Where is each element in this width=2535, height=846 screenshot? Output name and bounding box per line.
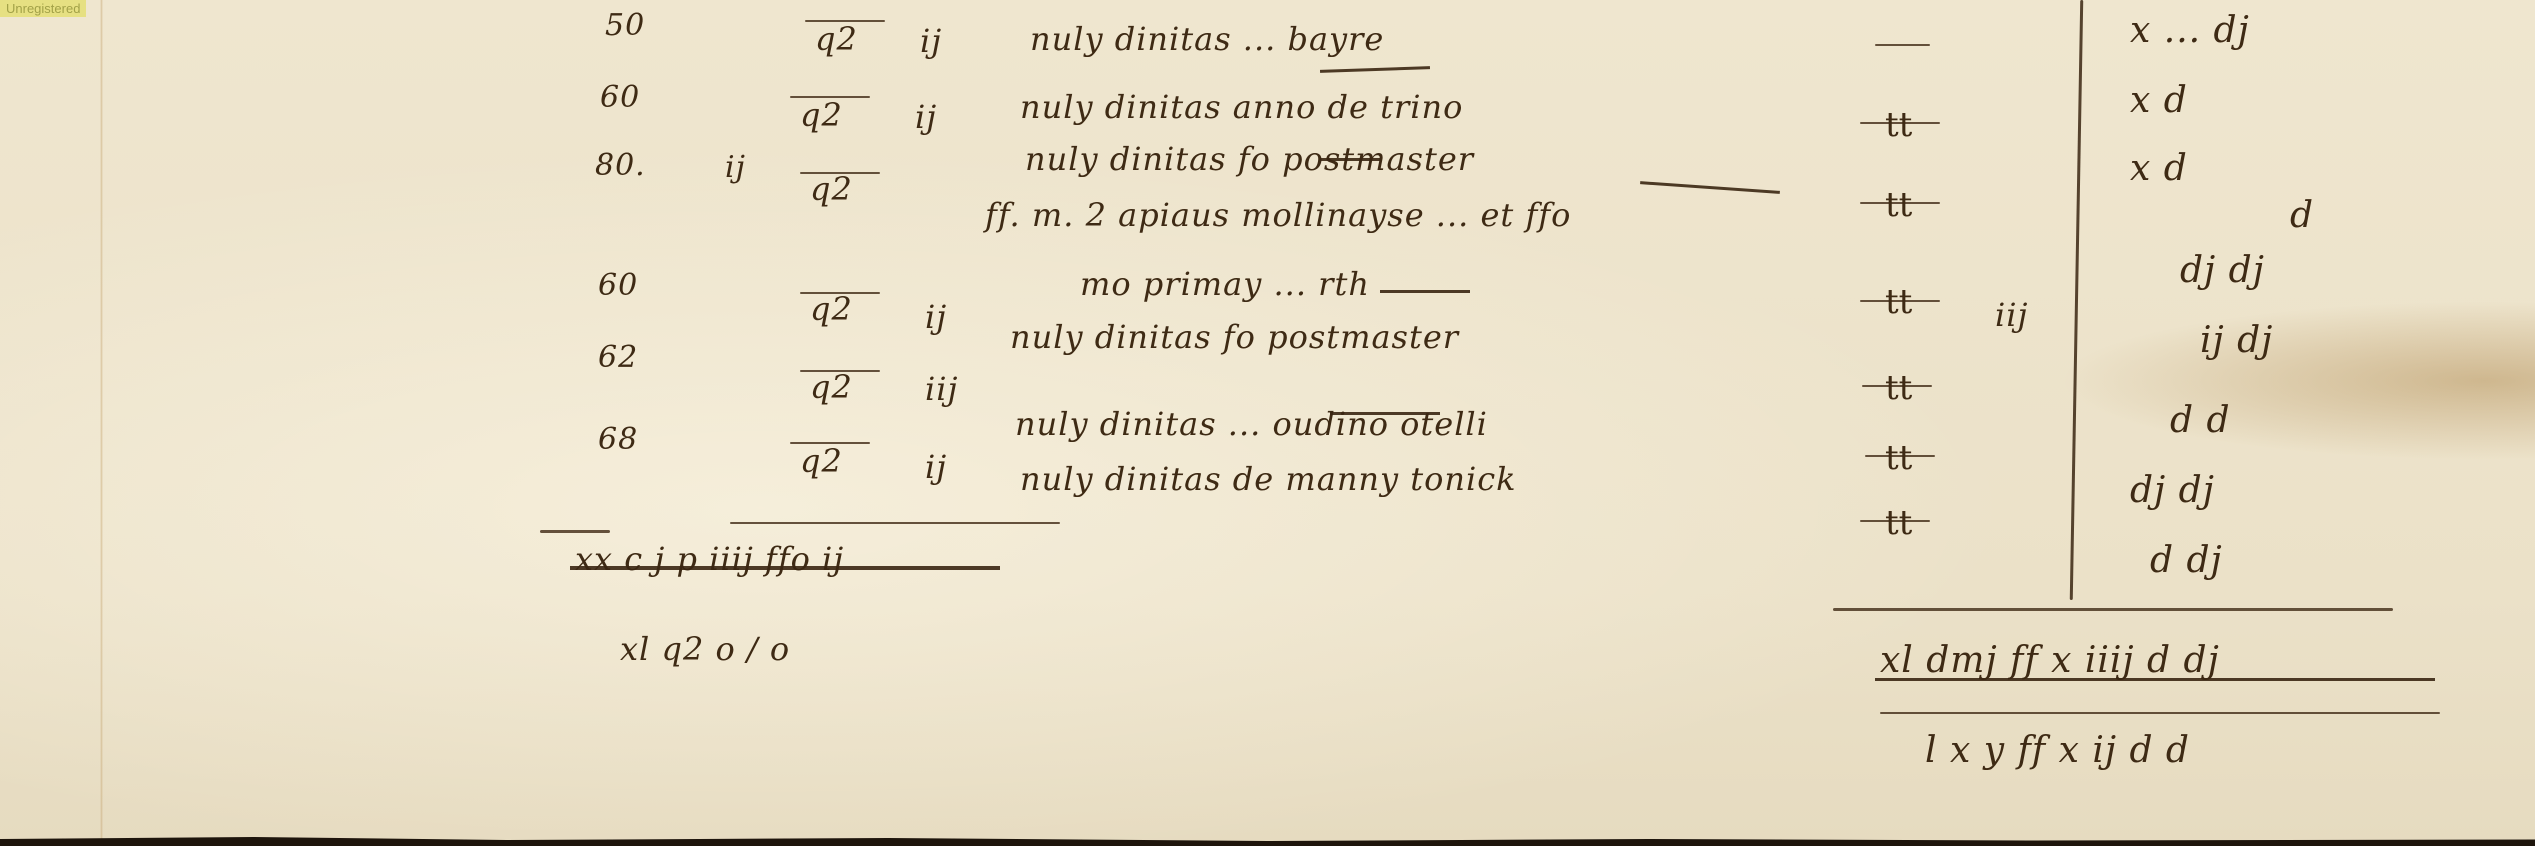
entry-amount: x d [2130,148,2188,189]
entry-text: nuly dinitas ... oudino otelli [1015,405,1488,443]
entry-mark: tt [1885,503,1912,543]
entry-count: ij [915,98,937,136]
entry-text: ff. m. 2 apiaus mollinayse ... et ffo [985,196,1571,234]
entry-qty: q2 [800,96,843,134]
right-total: l x y ff x ij d d [1925,730,2190,771]
entry-text: nuly dinitas ... bayre [1030,20,1384,58]
entry-prefix: ij [725,150,746,185]
amount-prefix: iij [1995,296,2028,334]
entry-qty: q2 [810,290,853,328]
entry-folio: 50 [605,8,645,43]
entry-count: iij [925,370,958,408]
entry-amount: x ... dj [2130,10,2250,51]
entry-amount: dj dj [2130,470,2215,511]
entry-qty: q2 [815,20,858,58]
entry-qty: q2 [810,368,853,406]
page-fold-line [100,0,103,846]
entry-count: ij [920,22,942,60]
entry-qty: q2 [800,442,843,480]
left-total: xl q2 o / o [620,630,790,668]
entry-text: nuly dinitas de manny tonick [1020,460,1517,498]
entry-amount: d [2290,195,2314,236]
entry-text: nuly dinitas anno de trino [1020,88,1463,126]
entry-mark: tt [1885,368,1912,408]
entry-folio: 68 [598,422,638,457]
entry-amount: d dj [2150,540,2223,581]
entry-amount: x d [2130,80,2188,121]
entry-amount: dj dj [2180,250,2265,291]
manuscript-page: Unregistered 50 60 80. 60 62 68 ij q2 q2… [0,0,2535,846]
entry-folio: 62 [598,340,638,375]
left-struck-total: xx c j p iiij ffo ij [575,540,844,578]
watermark-label: Unregistered [0,0,86,17]
entry-text: nuly dinitas fo postmaster [1010,318,1459,356]
entry-mark: tt [1885,282,1912,322]
entry-count: ij [925,298,947,336]
entry-text: mo primay ... rth [1080,265,1370,303]
right-struck-total: xl dmj ff x iiij d dj [1880,640,2220,681]
entry-folio: 80. [595,148,646,183]
entry-mark: tt [1885,105,1912,145]
entry-amount: d d [2170,400,2231,441]
entry-qty: q2 [810,170,853,208]
entry-mark: tt [1885,185,1912,225]
entry-amount: ij dj [2200,320,2273,361]
paper-bottom-edge [0,836,2535,846]
entry-count: ij [925,448,947,486]
entry-folio: 60 [600,80,640,115]
entry-mark: tt [1885,438,1912,478]
entry-text: nuly dinitas fo postmaster [1025,140,1474,178]
entry-folio: 60 [598,268,638,303]
